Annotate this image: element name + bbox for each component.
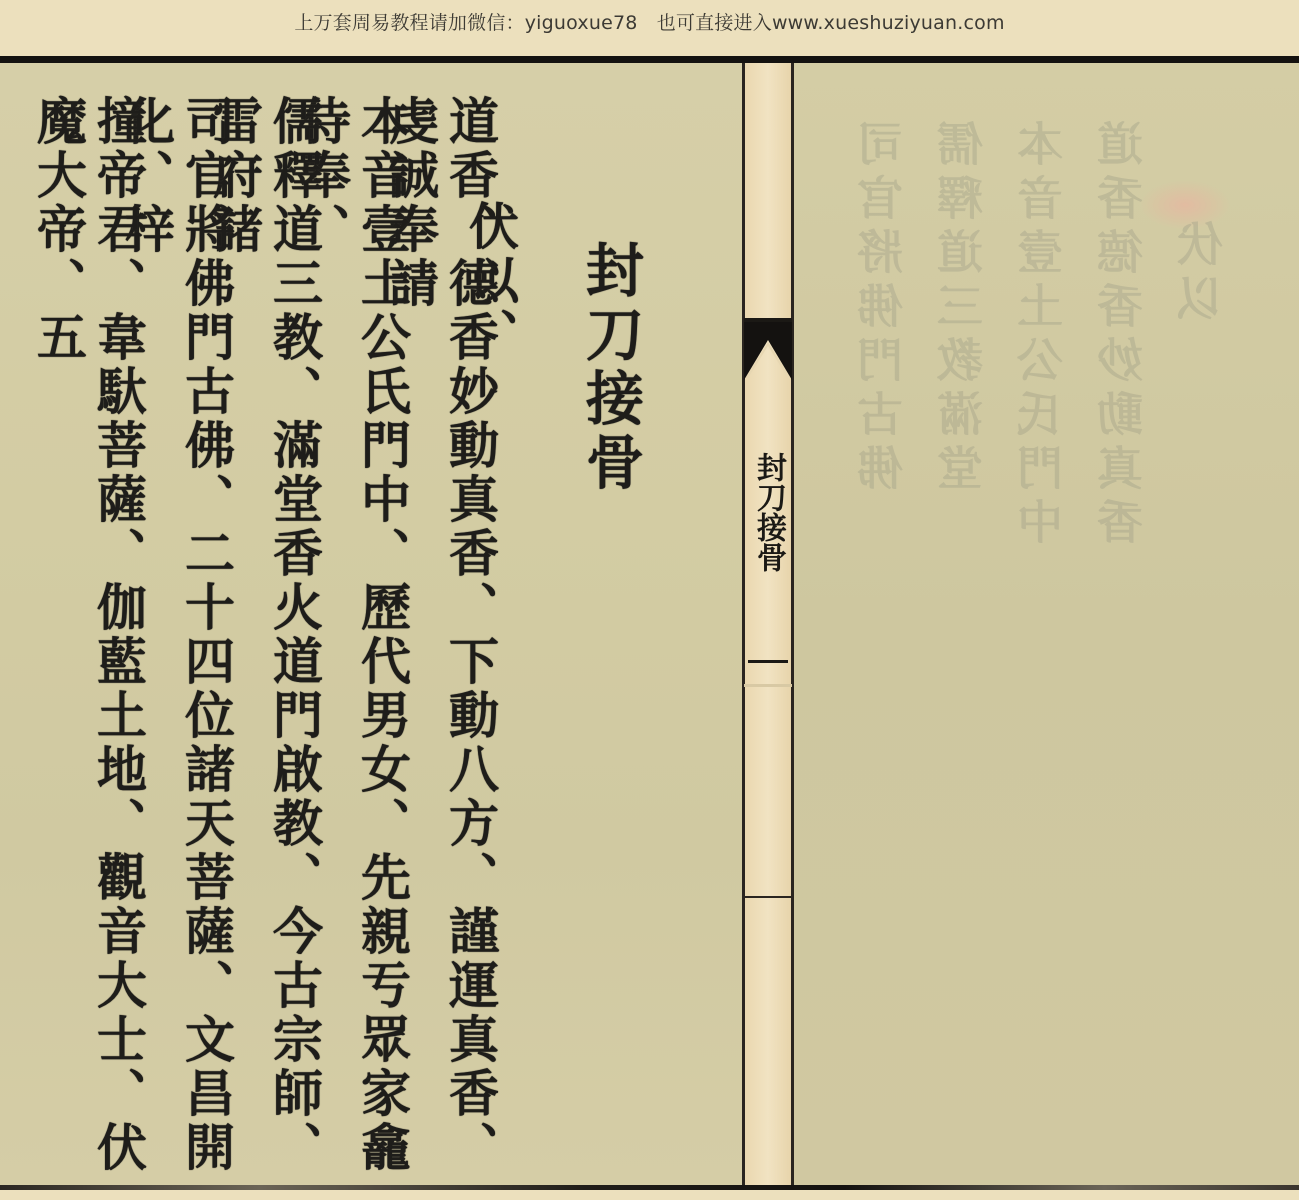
spine-border-left (742, 63, 745, 1185)
spine-border-right (791, 63, 794, 1185)
page-number (748, 660, 788, 663)
bottom-border-rule (0, 1185, 1299, 1190)
spine-rule (744, 896, 792, 898)
document-title: 封刀接骨 (580, 240, 640, 496)
book-spine (742, 63, 794, 1185)
text-column-5: 撞帝君、韋馱菩薩、伽藍土地、觀音大士、伏魔大帝、五 (28, 95, 148, 1200)
top-border-rule (0, 56, 1299, 63)
spine-title: 封刀接骨 (748, 452, 788, 572)
watermark-banner: 上万套周易教程请加微信：yiguoxue78 也可直接进入www.xueshuz… (0, 8, 1299, 35)
fishtail-ornament-icon (744, 318, 792, 386)
bleed-through-text: 司官將佛門古佛 (850, 120, 916, 498)
spine-gap (744, 684, 792, 687)
bleed-through-text: 伏以 (1170, 220, 1236, 328)
bleed-through-text: 儒釋道三教滿堂 (930, 120, 996, 498)
bleed-through-text: 本音壹土公氏門中 (1010, 120, 1076, 552)
bleed-through-text: 道香德香妙動真香 (1090, 120, 1156, 552)
